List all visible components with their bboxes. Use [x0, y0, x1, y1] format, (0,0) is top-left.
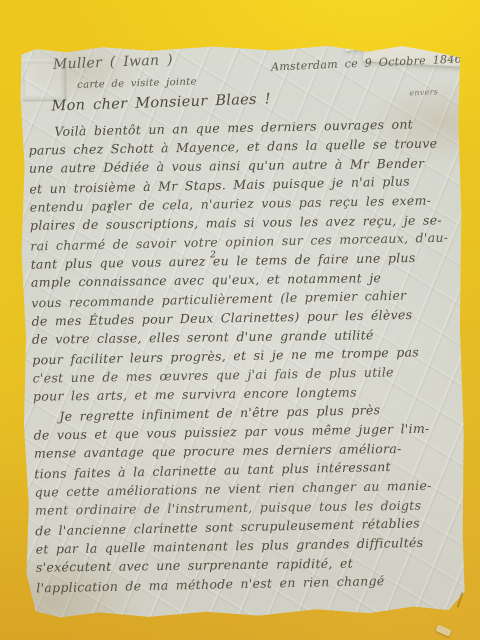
paper-tear — [344, 42, 371, 52]
dateline: Amsterdam ce 9 Octobre 1846 — [271, 52, 462, 73]
correction-mark: 2 — [210, 250, 216, 260]
letter-paper: Muller ( Iwan ) carte de visite jointe A… — [19, 42, 466, 620]
archivist-name-annotation: Muller ( Iwan ) — [53, 52, 173, 72]
margin-annotation: envers — [409, 87, 438, 97]
paper-fragment — [435, 624, 452, 636]
letter-body: Voilà bientôt un an que mes derniers ouv… — [28, 114, 462, 596]
archivist-note-annotation: carte de visite jointe — [77, 76, 197, 90]
correction-mark: 2 — [107, 205, 113, 215]
photo-background: Muller ( Iwan ) carte de visite jointe A… — [0, 0, 480, 640]
salutation: Mon cher Monsieur Blaes ! — [51, 91, 271, 114]
